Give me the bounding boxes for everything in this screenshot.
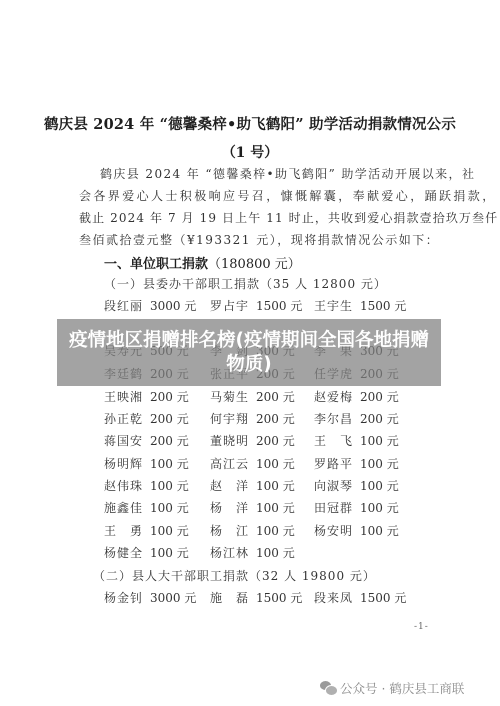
document-subtitle: （1 号） (0, 142, 500, 162)
donor-entry: 杨安明100 元 (314, 522, 399, 539)
overlay-headline[interactable]: 疫情地区捐赠排名榜(疫情期间全国各地捐赠物质) (57, 319, 441, 386)
donor-row: 杨金钊3000 元 施 磊1500 元 段来凤1500 元 (104, 589, 404, 609)
donor-row: 赵伟珠100 元 赵 洋100 元 向淑琴100 元 (104, 477, 404, 497)
donor-entry: 王宇生1500 元 (314, 297, 406, 314)
donor-entry: 杨明辉100 元 (104, 455, 189, 472)
donor-entry: 赵伟珠100 元 (104, 477, 189, 494)
donor-entry: 施鑫佳100 元 (104, 499, 189, 516)
donor-entry: 杨江林100 元 (210, 544, 295, 561)
donor-row: 施鑫佳100 元 杨 洋100 元 田冠群100 元 (104, 499, 404, 519)
donor-entry: 施 磊1500 元 (210, 589, 302, 606)
donor-entry: 罗路平100 元 (314, 455, 399, 472)
document-title: 鹤庆县 2024 年 “德馨桑梓•助飞鹤阳” 助学活动捐款情况公示 (0, 113, 500, 134)
donor-entry: 赵 洋100 元 (210, 477, 295, 494)
donor-entry: 王 勇100 元 (104, 522, 189, 539)
donor-entry: 何宇翔200 元 (210, 410, 295, 427)
donor-entry: 孙正乾200 元 (104, 410, 189, 427)
donor-entry: 段来凤1500 元 (314, 589, 406, 606)
donor-entry: 董晓明200 元 (210, 432, 295, 449)
donor-entry: 马菊生200 元 (210, 388, 295, 405)
donor-entry: 杨 江100 元 (210, 522, 295, 539)
section-heading-amount: （180800 元） (208, 257, 301, 272)
donor-entry: 王 飞100 元 (314, 432, 399, 449)
donor-entry: 杨健全100 元 (104, 544, 189, 561)
donor-row: 孙正乾200 元 何宇翔200 元 李尔昌200 元 (104, 410, 404, 430)
donor-entry: 蒋国安200 元 (104, 432, 189, 449)
donor-entry: 李尔昌200 元 (314, 410, 399, 427)
subsection-heading-county-committee: （一）县委办干部职工捐款（35 人 12800 元） (104, 275, 387, 292)
watermark-text: 公众号 · 鹤庆县工商联 (340, 679, 464, 697)
wechat-watermark: 公众号 · 鹤庆县工商联 (320, 679, 464, 697)
intro-line-2: 会各界爱心人士积极响应号召，慷慨解囊，奉献爱心，踊跃捐款， (79, 187, 497, 204)
donor-row: 杨明辉100 元 高江云100 元 罗路平100 元 (104, 455, 404, 475)
intro-line-3: 截止 2024 年 7 月 19 日上午 11 时止，共收到爱心捐款壹拾玖万叁仟 (79, 209, 498, 226)
subsection-heading-peoples-congress: （二）县人大干部职工捐款（32 人 19800 元） (93, 567, 376, 584)
donor-row: 蒋国安200 元 董晓明200 元 王 飞100 元 (104, 432, 404, 452)
section-heading-label: 一、单位职工捐款 (104, 257, 208, 272)
section-heading-unit-donations: 一、单位职工捐款（180800 元） (104, 253, 301, 272)
donor-row: 王映湘200 元 马菊生200 元 赵爱梅200 元 (104, 388, 404, 408)
donor-entry: 向淑琴100 元 (314, 477, 399, 494)
donor-entry: 罗占宇1500 元 (210, 297, 302, 314)
donor-entry: 赵爱梅200 元 (314, 388, 399, 405)
donor-entry: 段红丽3000 元 (104, 297, 196, 314)
page-number: -1- (414, 622, 429, 632)
donor-entry: 王映湘200 元 (104, 388, 189, 405)
donor-row: 段红丽3000 元 罗占宇1500 元 王宇生1500 元 (104, 297, 404, 317)
donor-row: 杨健全100 元 杨江林100 元 (104, 544, 404, 564)
donor-row: 王 勇100 元 杨 江100 元 杨安明100 元 (104, 522, 404, 542)
wechat-icon (320, 681, 336, 695)
donor-entry: 杨金钊3000 元 (104, 589, 196, 606)
intro-line-1: 鹤庆县 2024 年 “德馨桑梓•助飞鹤阳” 助学活动开展以来，社 (100, 165, 475, 182)
intro-line-4: 叁佰贰拾壹元整（¥193321 元），现将捐款情况公示如下： (79, 231, 439, 248)
donor-entry: 高江云100 元 (210, 455, 295, 472)
donor-entry: 杨 洋100 元 (210, 499, 295, 516)
donor-entry: 田冠群100 元 (314, 499, 399, 516)
